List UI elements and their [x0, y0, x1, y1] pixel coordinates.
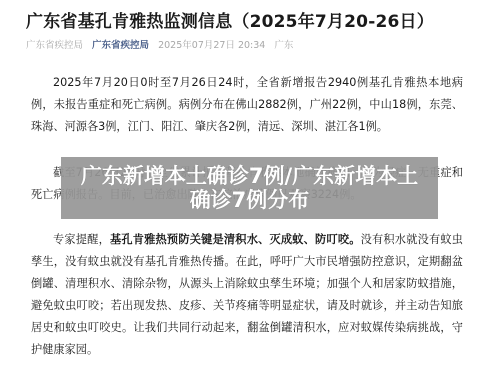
overlay-headline: 广东新增本土确诊7例/广东新增本土确诊7例分布 — [80, 164, 420, 212]
article-meta: 广东省疾控局 广东省疾控局 2025年07月27日 20:34 广东 — [26, 37, 299, 51]
article-title: 广东省基孔肯雅热监测信息（2025年7月20-26日） — [26, 7, 434, 32]
meta-datetime: 2025年07月27日 20:34 — [158, 40, 265, 51]
headline-overlay: 广东新增本土确诊7例/广东新增本土确诊7例分布 — [61, 157, 438, 219]
advice-lead: 专家提醒， — [53, 233, 110, 246]
advice-body: 没有积水就没有蚊虫孳生，没有蚊虫就没有基孔肯雅热传播。在此，呼吁广大市民增强防控… — [31, 233, 463, 356]
meta-location: 广东 — [274, 40, 293, 51]
meta-source: 广东省疾控局 — [26, 40, 83, 51]
meta-account-link[interactable]: 广东省疾控局 — [92, 40, 149, 51]
paragraph-new-cases: 2025年7月20日0时至7月26日24时，全省新增报告2940例基孔肯雅热本地… — [31, 72, 463, 138]
advice-key-point: 基孔肯雅热预防关键是清积水、灭成蚊、防叮咬。 — [110, 233, 361, 246]
paragraph-expert-advice: 专家提醒，基孔肯雅热预防关键是清积水、灭成蚊、防叮咬。没有积水就没有蚊虫孳生，没… — [31, 229, 463, 361]
